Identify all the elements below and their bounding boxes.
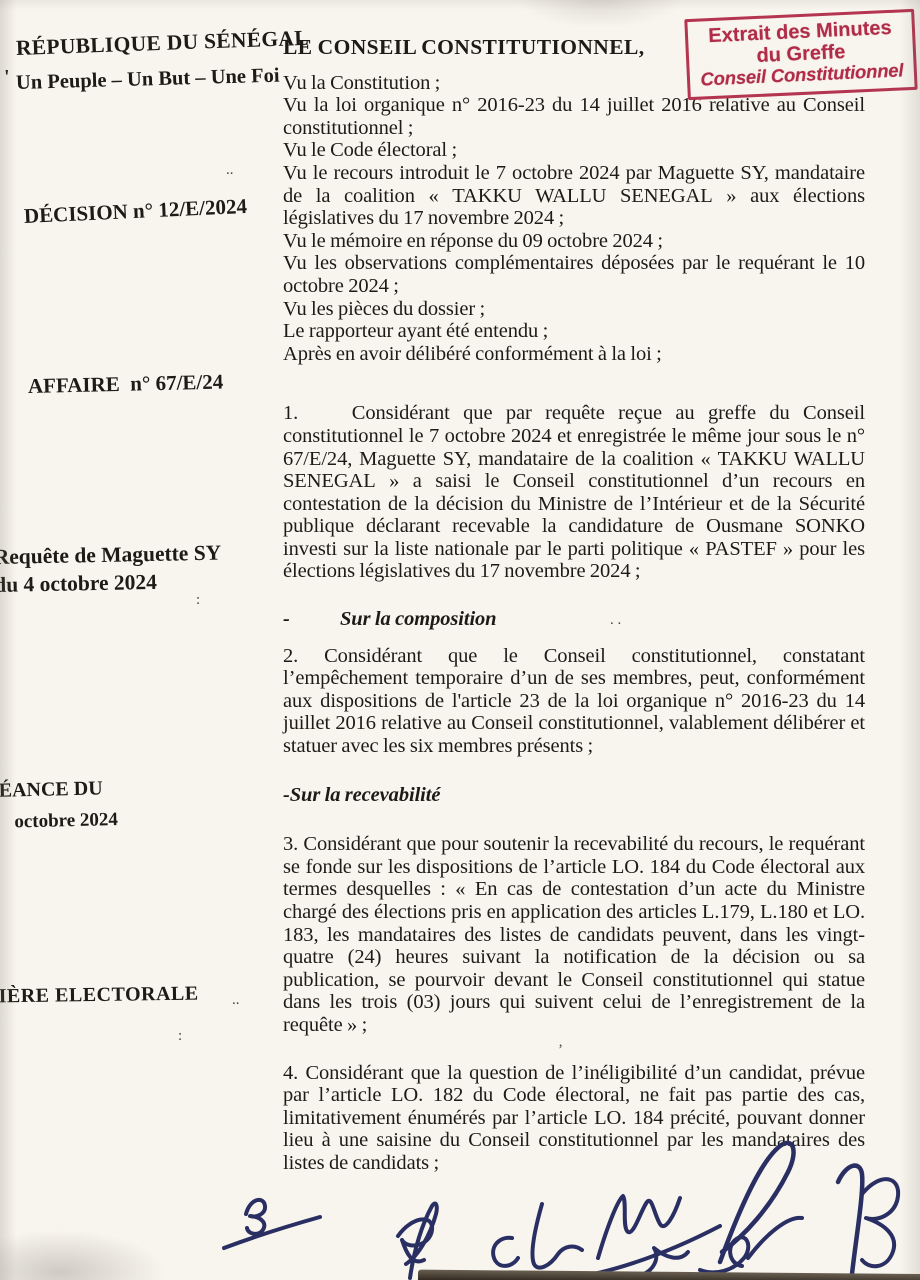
signature-stroke bbox=[224, 1217, 320, 1248]
hearing-date: SÉANCE DU octobre 2024 bbox=[0, 777, 118, 834]
signature-stroke bbox=[748, 1218, 802, 1258]
section-title-composition: Sur la composition bbox=[340, 608, 497, 631]
visa-line: Le rapporteur ayant été entendu ; bbox=[283, 320, 865, 343]
visa-line: Vu les observations complémentaires dépo… bbox=[283, 252, 865, 297]
case-number: AFFAIRE n° 67/E/24 bbox=[28, 370, 224, 399]
decision-body: LE CONSEIL CONSTITUTIONNEL, Vu la Consti… bbox=[283, 36, 865, 1175]
signature-stroke bbox=[862, 1179, 898, 1266]
signature-stroke bbox=[532, 1204, 582, 1268]
scan-tick-mark: ' bbox=[4, 66, 10, 89]
signature-stroke bbox=[406, 1204, 437, 1278]
signature-stroke bbox=[493, 1238, 518, 1266]
petition-reference-line-2: du 4 octobre 2024 bbox=[0, 570, 157, 597]
considerant-paragraph-2: 2. Considérant que le Conseil constituti… bbox=[283, 645, 865, 758]
scan-speck: .. bbox=[232, 992, 240, 1009]
considerant-paragraph-1: 1. Considérant que par requête reçue au … bbox=[283, 402, 865, 583]
petition-reference: Requête de Maguette SY du 4 octobre 2024 bbox=[0, 539, 222, 599]
section-heading-composition: - Sur la composition bbox=[283, 608, 865, 631]
signature-stroke bbox=[246, 1200, 265, 1234]
considerant-paragraph-3: 3. Considérant que pour soutenir la rece… bbox=[283, 833, 865, 1036]
visa-line: Vu les pièces du dossier ; bbox=[283, 298, 865, 321]
matter-label: MATIÈRE ELECTORALE bbox=[0, 983, 199, 1009]
national-motto: Un Peuple – Un But – Une Foi bbox=[16, 65, 280, 95]
republic-header: RÉPUBLIQUE DU SÉNÉGAL bbox=[16, 26, 310, 61]
hearing-date-line-1: SÉANCE DU bbox=[0, 777, 103, 802]
scan-speck: . . bbox=[610, 612, 621, 629]
petition-reference-line-1: Requête de Maguette SY bbox=[0, 541, 221, 569]
visa-line: Vu le Code électoral ; bbox=[283, 139, 865, 162]
visa-line: Vu la loi organique n° 2016-23 du 14 jui… bbox=[283, 94, 865, 139]
scan-speck: .. bbox=[226, 162, 234, 179]
scan-speck: : bbox=[178, 1028, 182, 1045]
section-dash: - bbox=[283, 608, 340, 631]
judges-signatures bbox=[160, 1140, 920, 1280]
visa-line: Vu le recours introduit le 7 octobre 202… bbox=[283, 162, 865, 230]
scan-speck: ’ bbox=[558, 1042, 563, 1059]
signature-stroke bbox=[838, 1166, 862, 1274]
section-heading-recevabilite: -Sur la recevabilité bbox=[283, 784, 865, 807]
visa-line: Vu le mémoire en réponse du 09 octobre 2… bbox=[283, 230, 865, 253]
scan-speck: : bbox=[196, 592, 200, 609]
visa-line: Après en avoir délibéré conformément à l… bbox=[283, 343, 865, 366]
decision-number: DÉCISION n° 12/E/2024 bbox=[23, 194, 247, 229]
hearing-date-line-2: octobre 2024 bbox=[0, 809, 118, 834]
document-page: Extrait des Minutes du Greffe Conseil Co… bbox=[0, 0, 920, 1280]
official-stamp: Extrait des Minutes du Greffe Conseil Co… bbox=[684, 9, 917, 101]
